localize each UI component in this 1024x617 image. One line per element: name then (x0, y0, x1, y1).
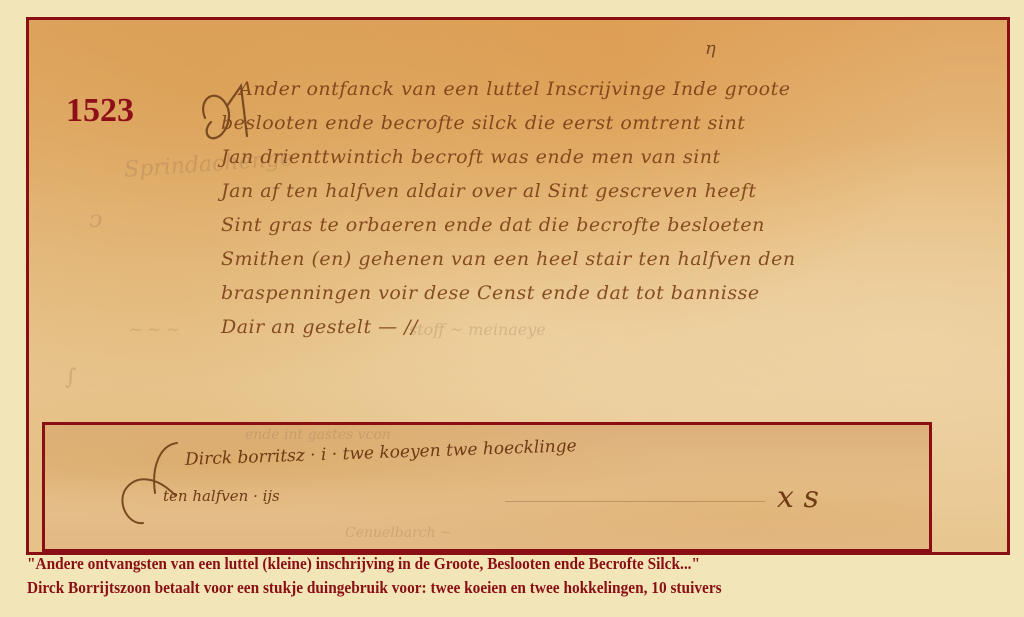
manuscript-line: Dair an gestelt — // (199, 310, 999, 344)
manuscript-scan: Sprindachenge ~ ~ ~ stoff ~ meinaeye ∫ ↄ… (26, 17, 1010, 555)
bleed-through-text: ↄ (89, 205, 102, 233)
manuscript-line: Sint gras te orbaeren ende dat die becro… (199, 208, 999, 242)
folio-mark: η (705, 38, 716, 59)
manuscript-line: Jan af ten halfven aldair over al Sint g… (199, 174, 999, 208)
manuscript-line: braspenningen voir dese Censt ende dat t… (199, 276, 999, 310)
bleed-through-text: ∫ (65, 365, 76, 390)
caption-transcription: "Andere ontvangsten van een luttel (klei… (27, 554, 700, 574)
manuscript-line: beslooten ende becrofte silck die eerst … (199, 106, 999, 140)
highlighted-entry-box: ende int gastes vcon Cenuelbarch ~ Dirck… (42, 422, 932, 552)
bleed-through-text: ~ ~ ~ (129, 320, 179, 339)
entry-amount: x s (777, 480, 819, 515)
initial-d-flourish-icon (115, 435, 185, 530)
manuscript-text: Ander ontfanck van een luttel Inscrijvin… (199, 72, 999, 344)
manuscript-line: Smithen (en) gehenen van een heel stair … (199, 242, 999, 276)
entry-line-2: ten halfven · ijs (163, 487, 280, 505)
caption-translation: Dirck Borrijtszoon betaalt voor een stuk… (27, 578, 722, 598)
bleed-through-text: ende int gastes vcon (245, 427, 391, 443)
manuscript-line: Ander ontfanck van een luttel Inscrijvin… (199, 72, 999, 106)
bleed-through-text: Cenuelbarch ~ (345, 525, 452, 541)
manuscript-line: Jan drienttwintich becroft was ende men … (199, 140, 999, 174)
year-label: 1523 (66, 92, 134, 130)
entry-rule-line (505, 501, 765, 502)
